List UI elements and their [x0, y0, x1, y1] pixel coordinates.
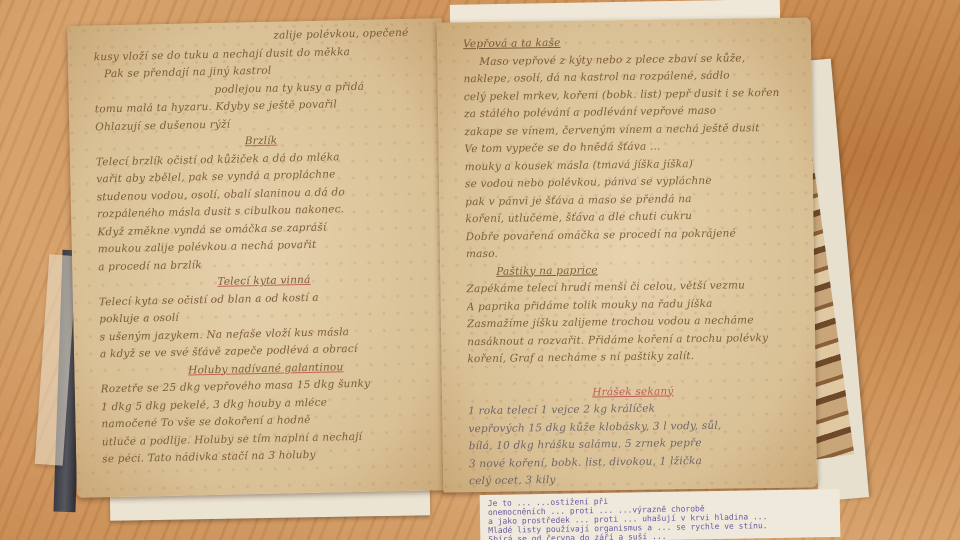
- left-page-text: zalije polévkou, opečené kusy vloží se d…: [93, 25, 433, 469]
- photo-scene: zalije polévkou, opečené kusy vloží se d…: [0, 0, 960, 540]
- right-page: Vepřová a ta kaše Maso vepřové z kýty ne…: [437, 17, 818, 492]
- left-page: zalije polévkou, opečené kusy vloží se d…: [67, 18, 452, 498]
- typewritten-note: Je to ... ...ostižení při onemocněních .…: [480, 489, 841, 540]
- pencil-line: celý ocet, 3 kily: [469, 469, 799, 491]
- right-page-text: Vepřová a ta kaše Maso vepřové z kýty ne…: [463, 32, 799, 491]
